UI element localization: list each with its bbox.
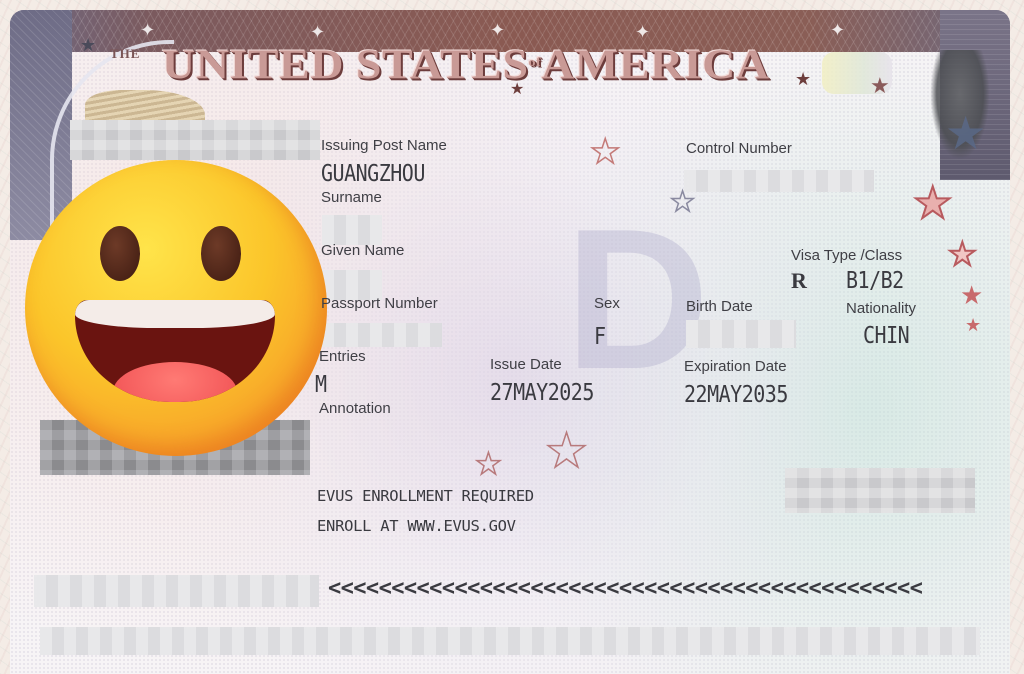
annotation-label: Annotation bbox=[319, 400, 391, 417]
redaction-block-control-number bbox=[684, 170, 874, 192]
sparkle-icon: ✦ bbox=[830, 20, 845, 41]
title-prefix: THE bbox=[110, 46, 140, 62]
emoji-teeth bbox=[75, 300, 275, 328]
star-icon: ★ bbox=[965, 316, 981, 334]
mrz-line-1: <<<<<<<<<<<<<<<<<<<<<<<<<<<<<<<<<<<<<<<<… bbox=[328, 576, 922, 601]
redaction-block-mrz-line1 bbox=[34, 575, 319, 607]
sex-value: F bbox=[594, 322, 606, 350]
visa-document: ✦ ✦ ✦ ✦ ✦ D ★ ★ ★ ★ ★ ★ ★ ★ ★ ★ ★ ★ ★ TH… bbox=[10, 10, 1010, 674]
redaction-block-mrz-line2 bbox=[40, 627, 980, 655]
passport-number-label: Passport Number bbox=[321, 295, 438, 312]
issuing-post-value: GUANGZHOU bbox=[321, 159, 425, 187]
redaction-block bbox=[785, 468, 975, 513]
entries-label: Entries bbox=[319, 348, 366, 365]
redaction-block bbox=[70, 120, 320, 160]
issue-date-value: 27MAY2025 bbox=[490, 378, 594, 406]
visa-class-value: B1/B2 bbox=[846, 266, 904, 294]
title-part-2: AMERICA bbox=[541, 41, 769, 88]
star-icon: ★ bbox=[475, 450, 502, 480]
title-part-1: UNITED STATES bbox=[162, 41, 529, 88]
nationality-label: Nationality bbox=[846, 300, 916, 317]
star-icon: ★ bbox=[870, 75, 890, 97]
emoji-eye bbox=[100, 226, 140, 281]
redaction-block-birth-date bbox=[686, 320, 796, 348]
emoji-mouth bbox=[75, 300, 275, 402]
emoji-tongue bbox=[113, 362, 237, 402]
visa-type-mark: R bbox=[791, 268, 807, 294]
star-icon: ★ bbox=[545, 428, 588, 476]
star-icon: ★ bbox=[795, 70, 811, 88]
redaction-block-passport-number bbox=[322, 323, 442, 347]
star-icon: ★ bbox=[913, 182, 952, 226]
star-icon: ★ bbox=[80, 36, 96, 54]
entries-value: M bbox=[315, 370, 327, 398]
star-icon: ★ bbox=[590, 135, 620, 169]
sex-label: Sex bbox=[594, 295, 620, 312]
annotation-line-2: ENROLL AT WWW.EVUS.GOV bbox=[317, 517, 516, 535]
redaction-block-surname bbox=[322, 215, 382, 245]
surname-label: Surname bbox=[321, 189, 382, 206]
annotation-line-1: EVUS ENROLLMENT REQUIRED bbox=[317, 487, 534, 505]
star-icon: ★ bbox=[948, 238, 977, 270]
sparkle-icon: ✦ bbox=[490, 20, 505, 41]
visa-type-label: Visa Type /Class bbox=[791, 247, 902, 264]
sparkle-icon: ✦ bbox=[140, 20, 155, 41]
star-icon: ★ bbox=[945, 110, 986, 156]
nationality-value: CHIN bbox=[863, 321, 909, 349]
star-icon: ★ bbox=[960, 282, 983, 308]
expiration-date-value: 22MAY2035 bbox=[684, 380, 788, 408]
issue-date-label: Issue Date bbox=[490, 356, 562, 373]
control-number-label: Control Number bbox=[686, 140, 792, 157]
document-title: UNITED STATESofAMERICA bbox=[162, 40, 770, 89]
emoji-eye bbox=[201, 226, 241, 281]
given-name-label: Given Name bbox=[321, 242, 404, 259]
expiration-date-label: Expiration Date bbox=[684, 358, 787, 375]
title-of: of bbox=[529, 56, 542, 70]
star-icon: ★ bbox=[670, 188, 695, 216]
birth-date-label: Birth Date bbox=[686, 298, 753, 315]
issuing-post-label: Issuing Post Name bbox=[321, 137, 447, 154]
grinning-face-emoji-icon bbox=[25, 160, 327, 456]
